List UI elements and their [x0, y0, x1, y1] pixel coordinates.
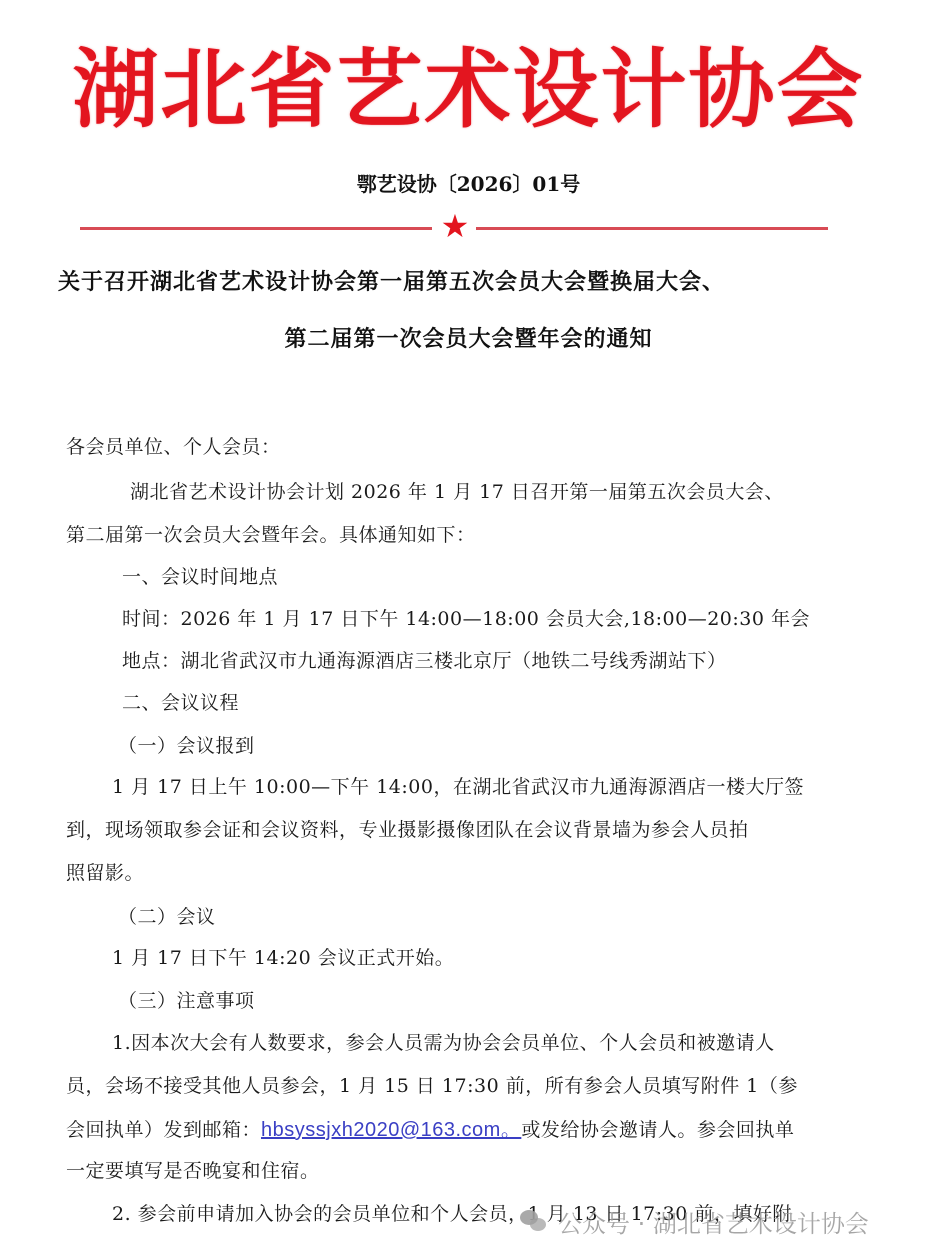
time-line: 时间：2026 年 1 月 17 日下午 14:00—18:00 会员大会,18…	[122, 604, 810, 631]
headline-line-2: 第二届第一次会员大会暨年会的通知	[0, 322, 937, 353]
section-2-title: 二、会议议程	[122, 688, 239, 715]
intro-line-2: 第二届第一次会员大会暨年会。具体通知如下：	[66, 520, 476, 547]
note-1-line-3-prefix: 会回执单）发到邮箱：	[66, 1119, 261, 1141]
document-number: 鄂艺设协〔2026〕01号	[0, 168, 937, 197]
wechat-icon	[520, 1210, 548, 1234]
registration-line-3: 照留影。	[66, 858, 144, 885]
watermark-text: 公众号 · 湖北省艺术设计协会	[558, 1204, 869, 1239]
subsection-3-title: （三）注意事项	[118, 986, 255, 1013]
note-1-line-1: 1.因本次大会有人数要求，参会人员需为协会会员单位、个人会员和被邀请人	[112, 1028, 775, 1055]
meeting-start-line: 1 月 17 日下午 14:20 会议正式开始。	[112, 943, 454, 970]
place-line: 地点：湖北省武汉市九通海源酒店三楼北京厅（地铁二号线秀湖站下）	[122, 646, 727, 673]
note-1-line-3: 会回执单）发到邮箱：hbsyssjxh2020@163.com。或发给协会邀请人…	[66, 1113, 794, 1142]
registration-line-2: 到，现场领取参会证和会议资料，专业摄影摄像团队在会议背景墙为参会人员拍	[66, 815, 749, 842]
subsection-2-title: （二）会议	[118, 902, 216, 929]
red-divider: ★	[80, 216, 830, 240]
note-1-line-2: 员，会场不接受其他人员参会，1 月 15 日 17:30 前，所有参会人员填写附…	[66, 1071, 798, 1098]
email-link[interactable]: hbsyssjxh2020@163.com。	[261, 1119, 521, 1141]
divider-line-left	[80, 227, 432, 230]
registration-line-1: 1 月 17 日上午 10:00—下午 14:00，在湖北省武汉市九通海源酒店一…	[112, 772, 804, 799]
salutation: 各会员单位、个人会员：	[66, 432, 281, 459]
divider-line-right	[476, 227, 828, 230]
intro-line-1: 湖北省艺术设计协会计划 2026 年 1 月 17 日召开第一届第五次会员大会、	[130, 477, 784, 504]
organization-title: 湖北省艺术设计协会	[0, 40, 937, 140]
note-1-line-3-suffix: 或发给协会邀请人。参会回执单	[521, 1119, 794, 1141]
watermark: 公众号 · 湖北省艺术设计协会	[520, 1204, 869, 1239]
note-1-line-4: 一定要填写是否晚宴和住宿。	[66, 1156, 320, 1183]
subsection-1-title: （一）会议报到	[118, 731, 255, 758]
headline-line-1: 关于召开湖北省艺术设计协会第一届第五次会员大会暨换届大会、	[58, 265, 725, 296]
star-icon: ★	[439, 210, 471, 242]
section-1-title: 一、会议时间地点	[122, 562, 278, 589]
